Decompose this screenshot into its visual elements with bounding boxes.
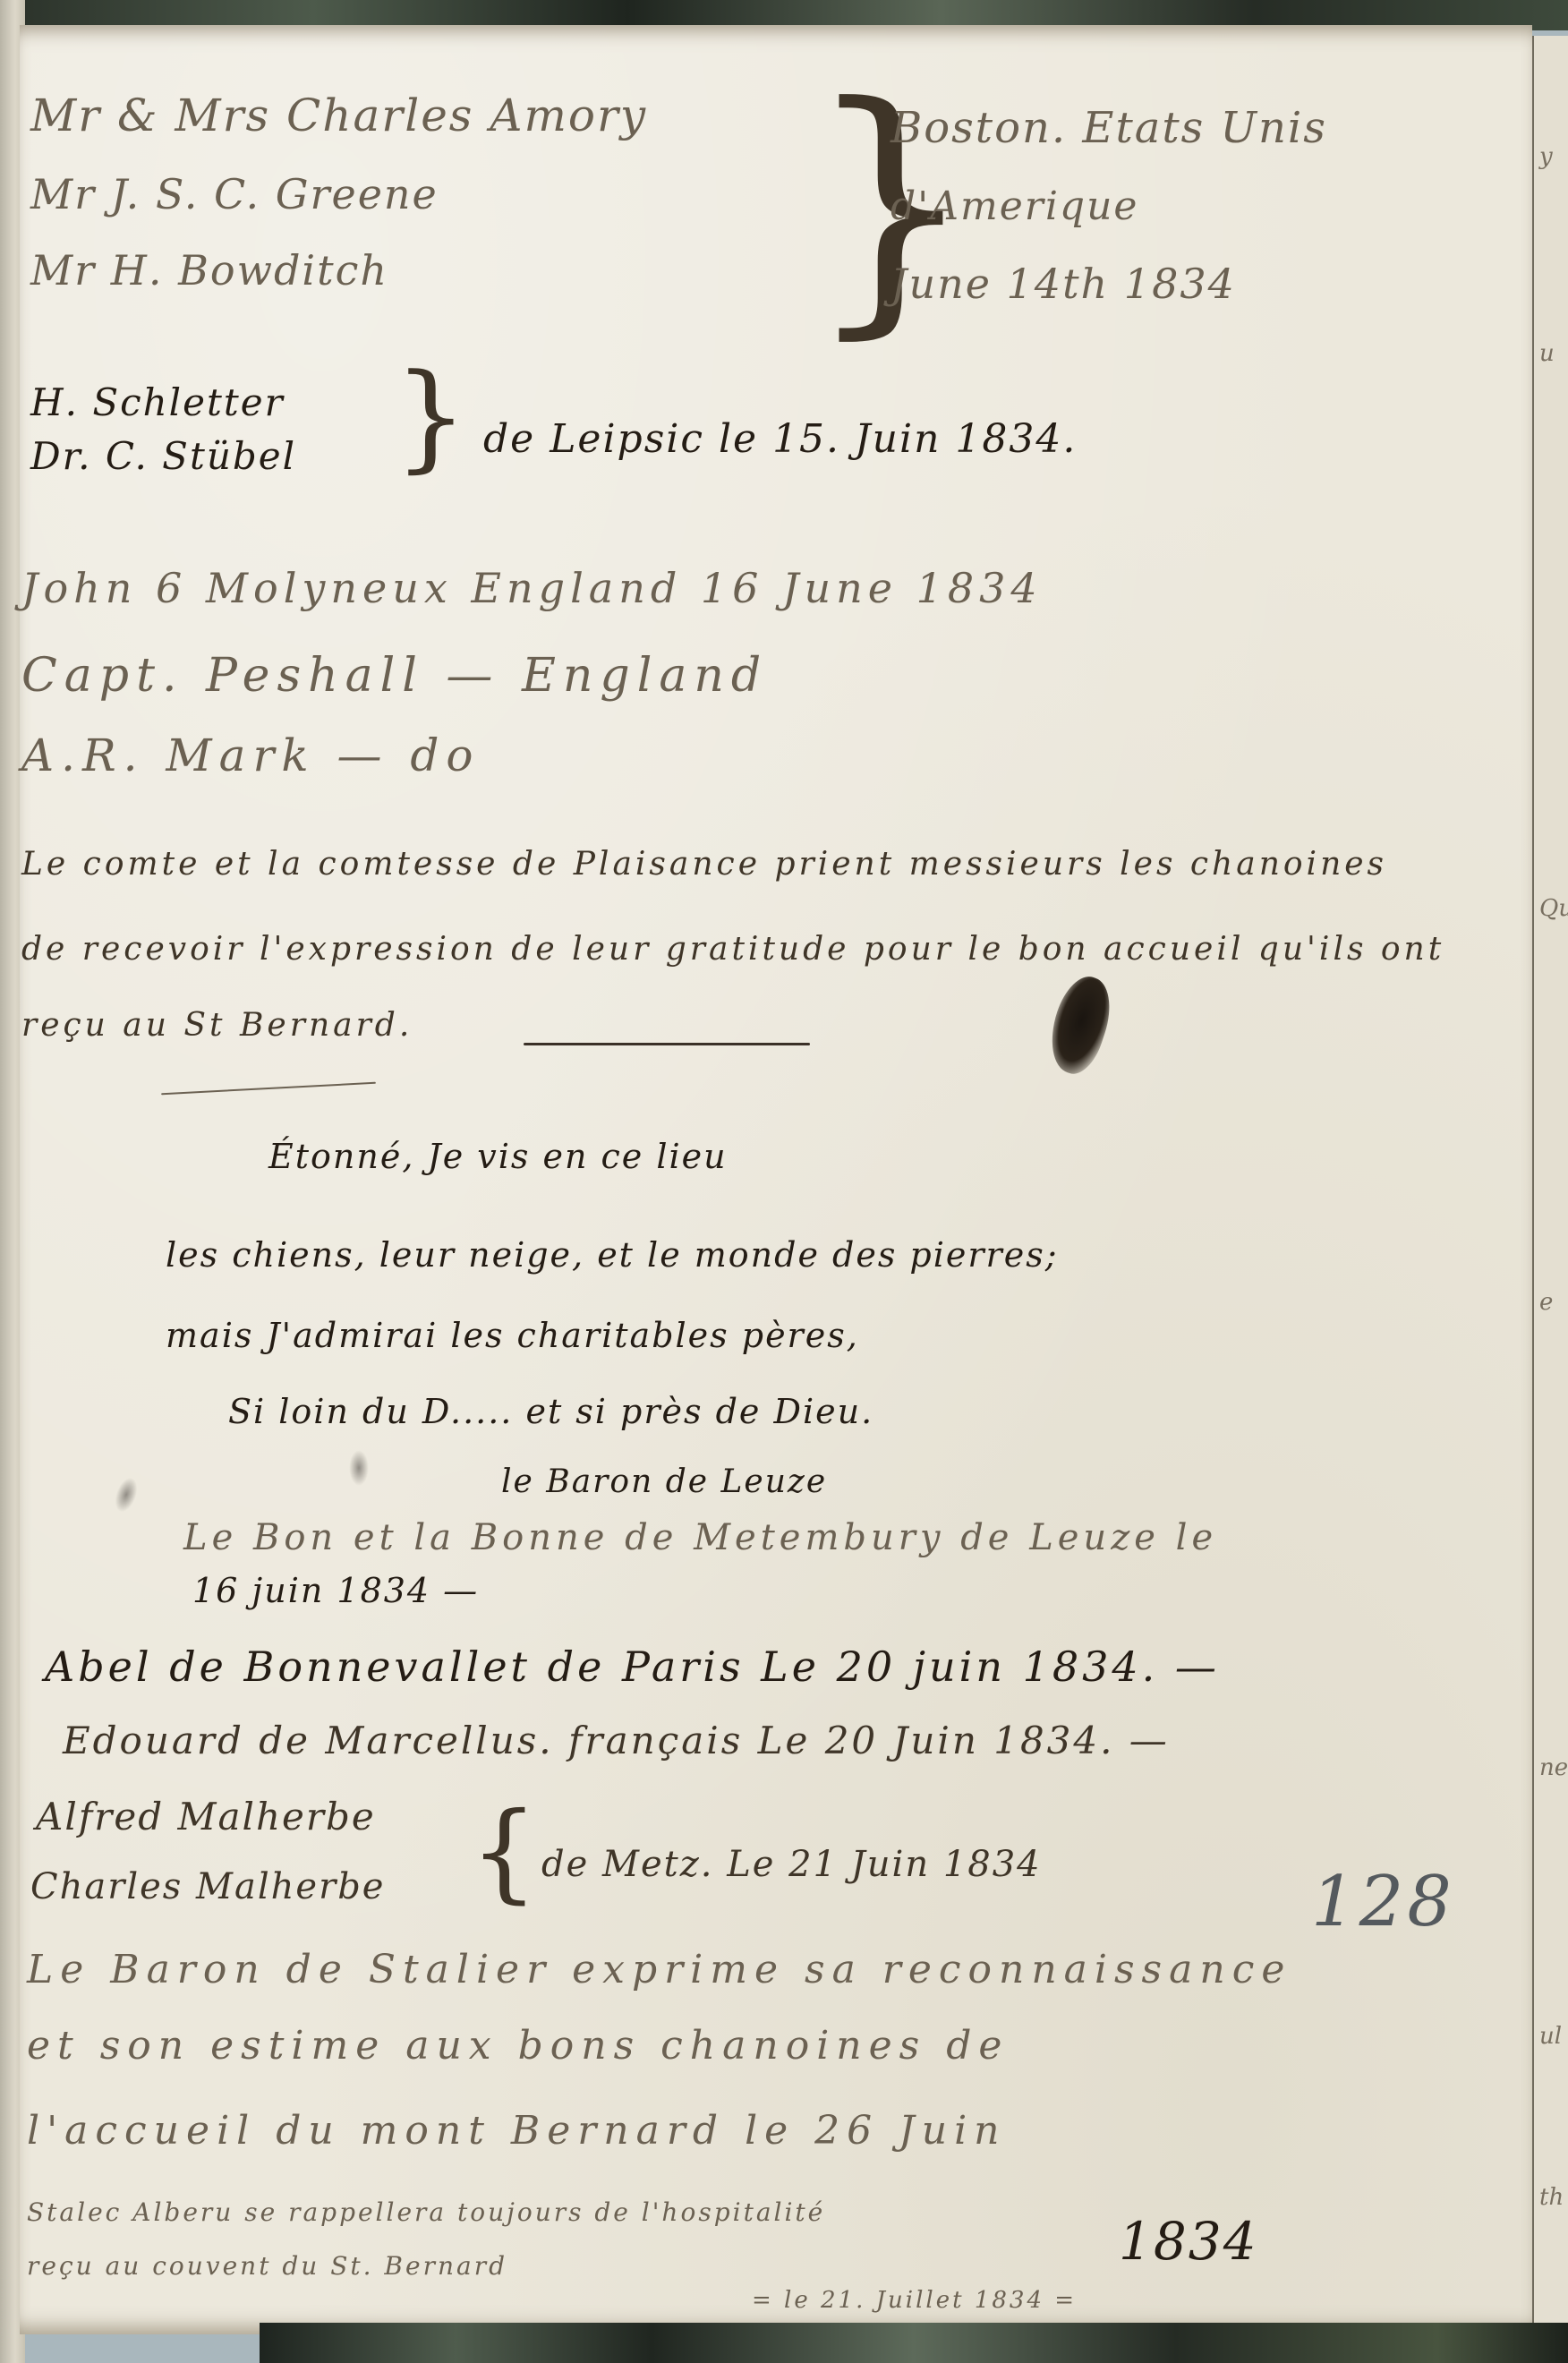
visitor-entry: John 6 Molyneux England 16 June 1834: [21, 564, 1043, 612]
visitor-name: Charles Malherbe: [30, 1866, 385, 1907]
message-line: de recevoir l'expression de leur gratitu…: [21, 931, 1444, 968]
book-binding-bottom: [260, 2323, 1568, 2363]
visitor-name: Mr & Mrs Charles Amory: [30, 90, 647, 141]
visit-origin-date: de Leipsic le 15. Juin 1834.: [483, 416, 1077, 462]
facing-page-fragment: Qu: [1539, 895, 1568, 922]
message-line: Le comte et la comtesse de Plaisance pri…: [21, 846, 1387, 883]
visitor-entry: 16 juin 1834 —: [192, 1571, 479, 1610]
facing-page-fragment: u: [1539, 340, 1555, 367]
message-line: reçu au couvent du St. Bernard: [27, 2251, 507, 2281]
facing-page-fragment: ul: [1539, 2023, 1562, 2050]
facing-page-fragment: e: [1539, 1289, 1553, 1316]
visit-origin-date: de Metz. Le 21 Juin 1834: [541, 1844, 1042, 1885]
verse-line: les chiens, leur neige, et le monde des …: [166, 1235, 1059, 1275]
folio-number: 128: [1311, 1862, 1455, 1942]
visitor-origin: d'Amerique: [891, 183, 1138, 229]
visitor-entry: A.R. Mark — do: [21, 729, 481, 781]
separator-rule: [524, 1043, 810, 1045]
verse-line: Si loin du D..... et si près de Dieu.: [228, 1392, 873, 1431]
visitor-entry: Capt. Peshall — England: [21, 649, 768, 703]
visitor-entry: Le Bon et la Bonne de Metembury de Leuze…: [183, 1517, 1217, 1558]
facing-page-fragment: ne: [1539, 1754, 1568, 1781]
visitor-name: Mr H. Bowditch: [30, 246, 388, 294]
message-line: Le Baron de Stalier exprime sa reconnais…: [27, 1947, 1291, 1992]
facing-page-fragment: y: [1539, 143, 1553, 170]
message-year: 1834: [1119, 2211, 1258, 2272]
message-line: l'accueil du mont Bernard le 26 Juin: [27, 2108, 1007, 2154]
visit-date: June 14th 1834: [891, 260, 1236, 308]
visitor-name: Mr J. S. C. Greene: [30, 170, 439, 218]
visitor-name: Alfred Malherbe: [36, 1795, 376, 1838]
grouping-brace: }: [394, 358, 468, 474]
verse-line: mais J'admirai les charitables pères,: [166, 1316, 859, 1355]
verse-line: Étonné, Je vis en ce lieu: [268, 1137, 728, 1176]
facing-page-edge: y u Qu e ne ul th: [1532, 36, 1568, 2327]
ink-smudge: [349, 1450, 369, 1486]
visitor-entry: Abel de Bonnevallet de Paris Le 20 juin …: [45, 1642, 1220, 1691]
message-line: et son estime aux bons chanoines de: [27, 2023, 1009, 2069]
facing-page-fragment: th: [1539, 2184, 1564, 2211]
message-line: reçu au St Bernard.: [21, 1007, 413, 1044]
message-line: = le 21. Juillet 1834 =: [752, 2287, 1077, 2314]
visitor-entry: Edouard de Marcellus. français Le 20 Jui…: [63, 1719, 1170, 1762]
visitor-origin: Boston. Etats Unis: [891, 103, 1327, 153]
message-line: Stalec Alberu se rappellera toujours de …: [27, 2197, 825, 2227]
visitor-name: Dr. C. Stübel: [30, 434, 296, 478]
verse-signature: le Baron de Leuze: [501, 1463, 827, 1500]
grouping-brace: {: [470, 1799, 538, 1907]
visitor-name: H. Schletter: [30, 380, 285, 424]
